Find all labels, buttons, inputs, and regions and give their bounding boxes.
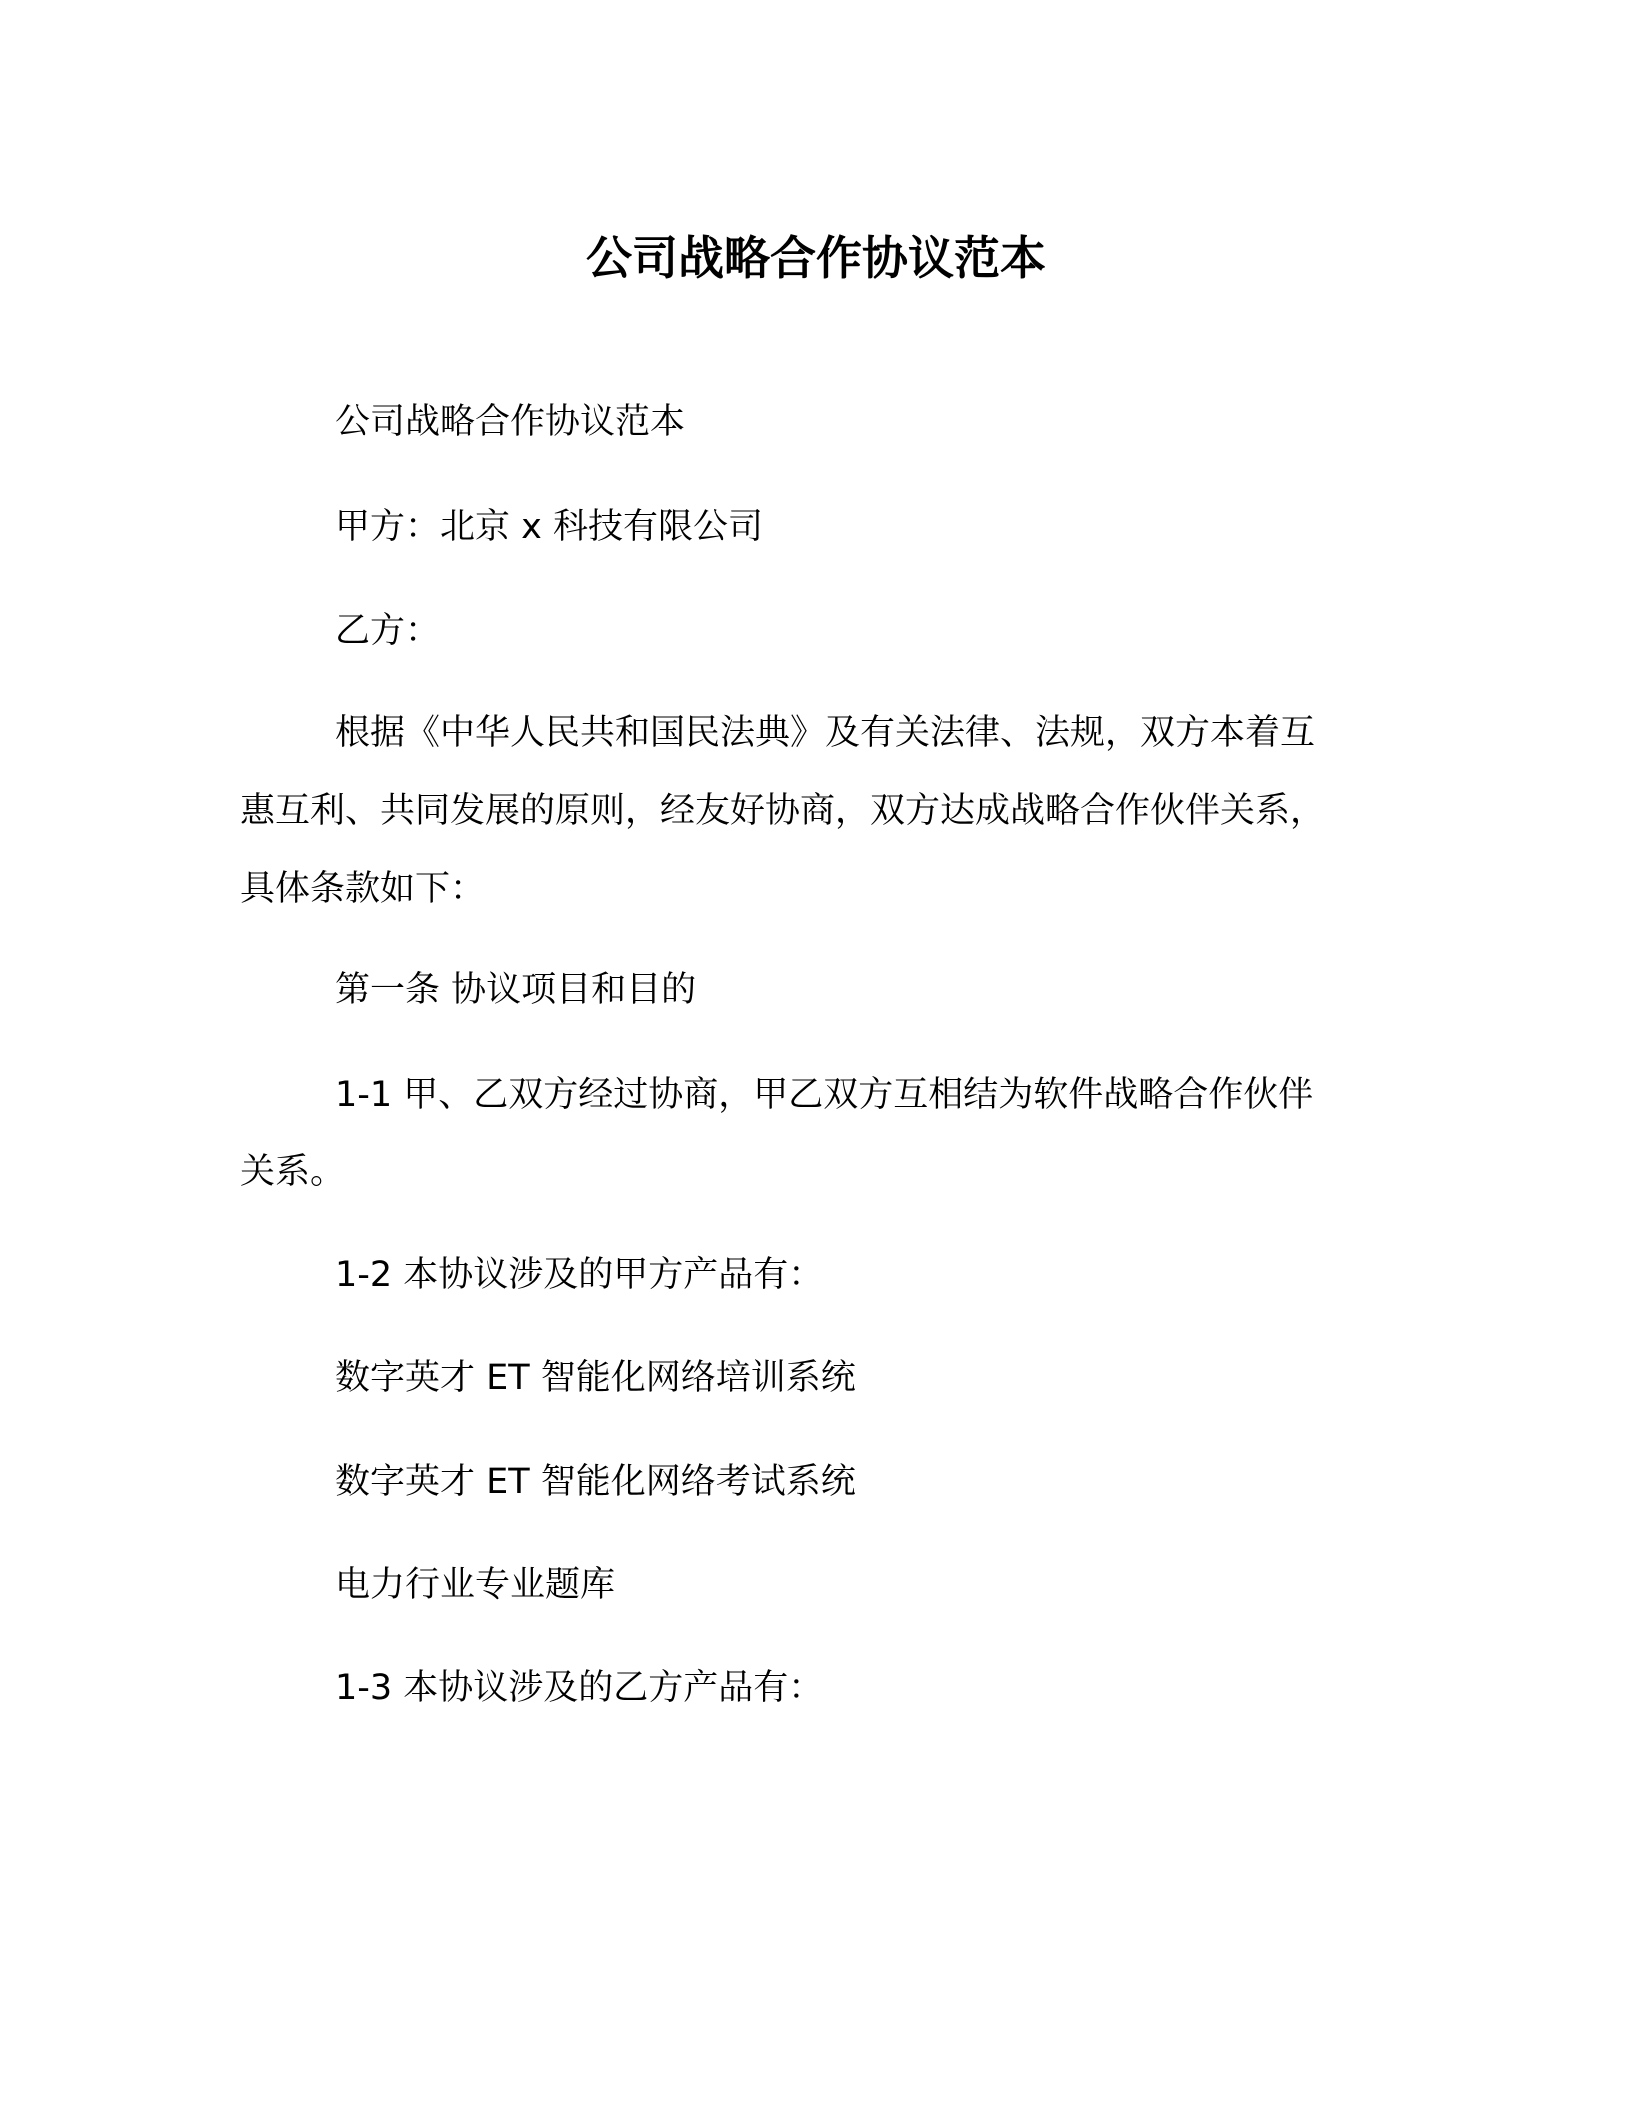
party-b-line: 乙方： bbox=[335, 606, 440, 656]
product-training-system: 数字英才 ET 智能化网络培训系统 bbox=[335, 1353, 856, 1403]
product-question-bank: 电力行业专业题库 bbox=[335, 1560, 615, 1610]
article-1-heading: 第一条 协议项目和目的 bbox=[335, 965, 696, 1015]
preamble-line-3: 具体条款如下： bbox=[240, 864, 485, 914]
clause-1-1-line-2: 关系。 bbox=[240, 1147, 345, 1197]
product-exam-system: 数字英才 ET 智能化网络考试系统 bbox=[335, 1457, 856, 1507]
subtitle-line: 公司战略合作协议范本 bbox=[335, 397, 685, 447]
clause-1-1-line-1: 1-1 甲、乙双方经过协商，甲乙双方互相结为软件战略合作伙伴 bbox=[335, 1070, 1313, 1120]
clause-1-3: 1-3 本协议涉及的乙方产品有： bbox=[335, 1663, 823, 1713]
clause-1-2: 1-2 本协议涉及的甲方产品有： bbox=[335, 1250, 823, 1300]
preamble-line-1: 根据《中华人民共和国民法典》及有关法律、法规，双方本着互 bbox=[335, 708, 1315, 758]
party-a-line: 甲方：北京 x 科技有限公司 bbox=[335, 502, 763, 552]
document-title: 公司战略合作协议范本 bbox=[0, 228, 1632, 288]
preamble-line-2: 惠互利、共同发展的原则，经友好协商，双方达成战略合作伙伴关系， bbox=[240, 786, 1325, 836]
